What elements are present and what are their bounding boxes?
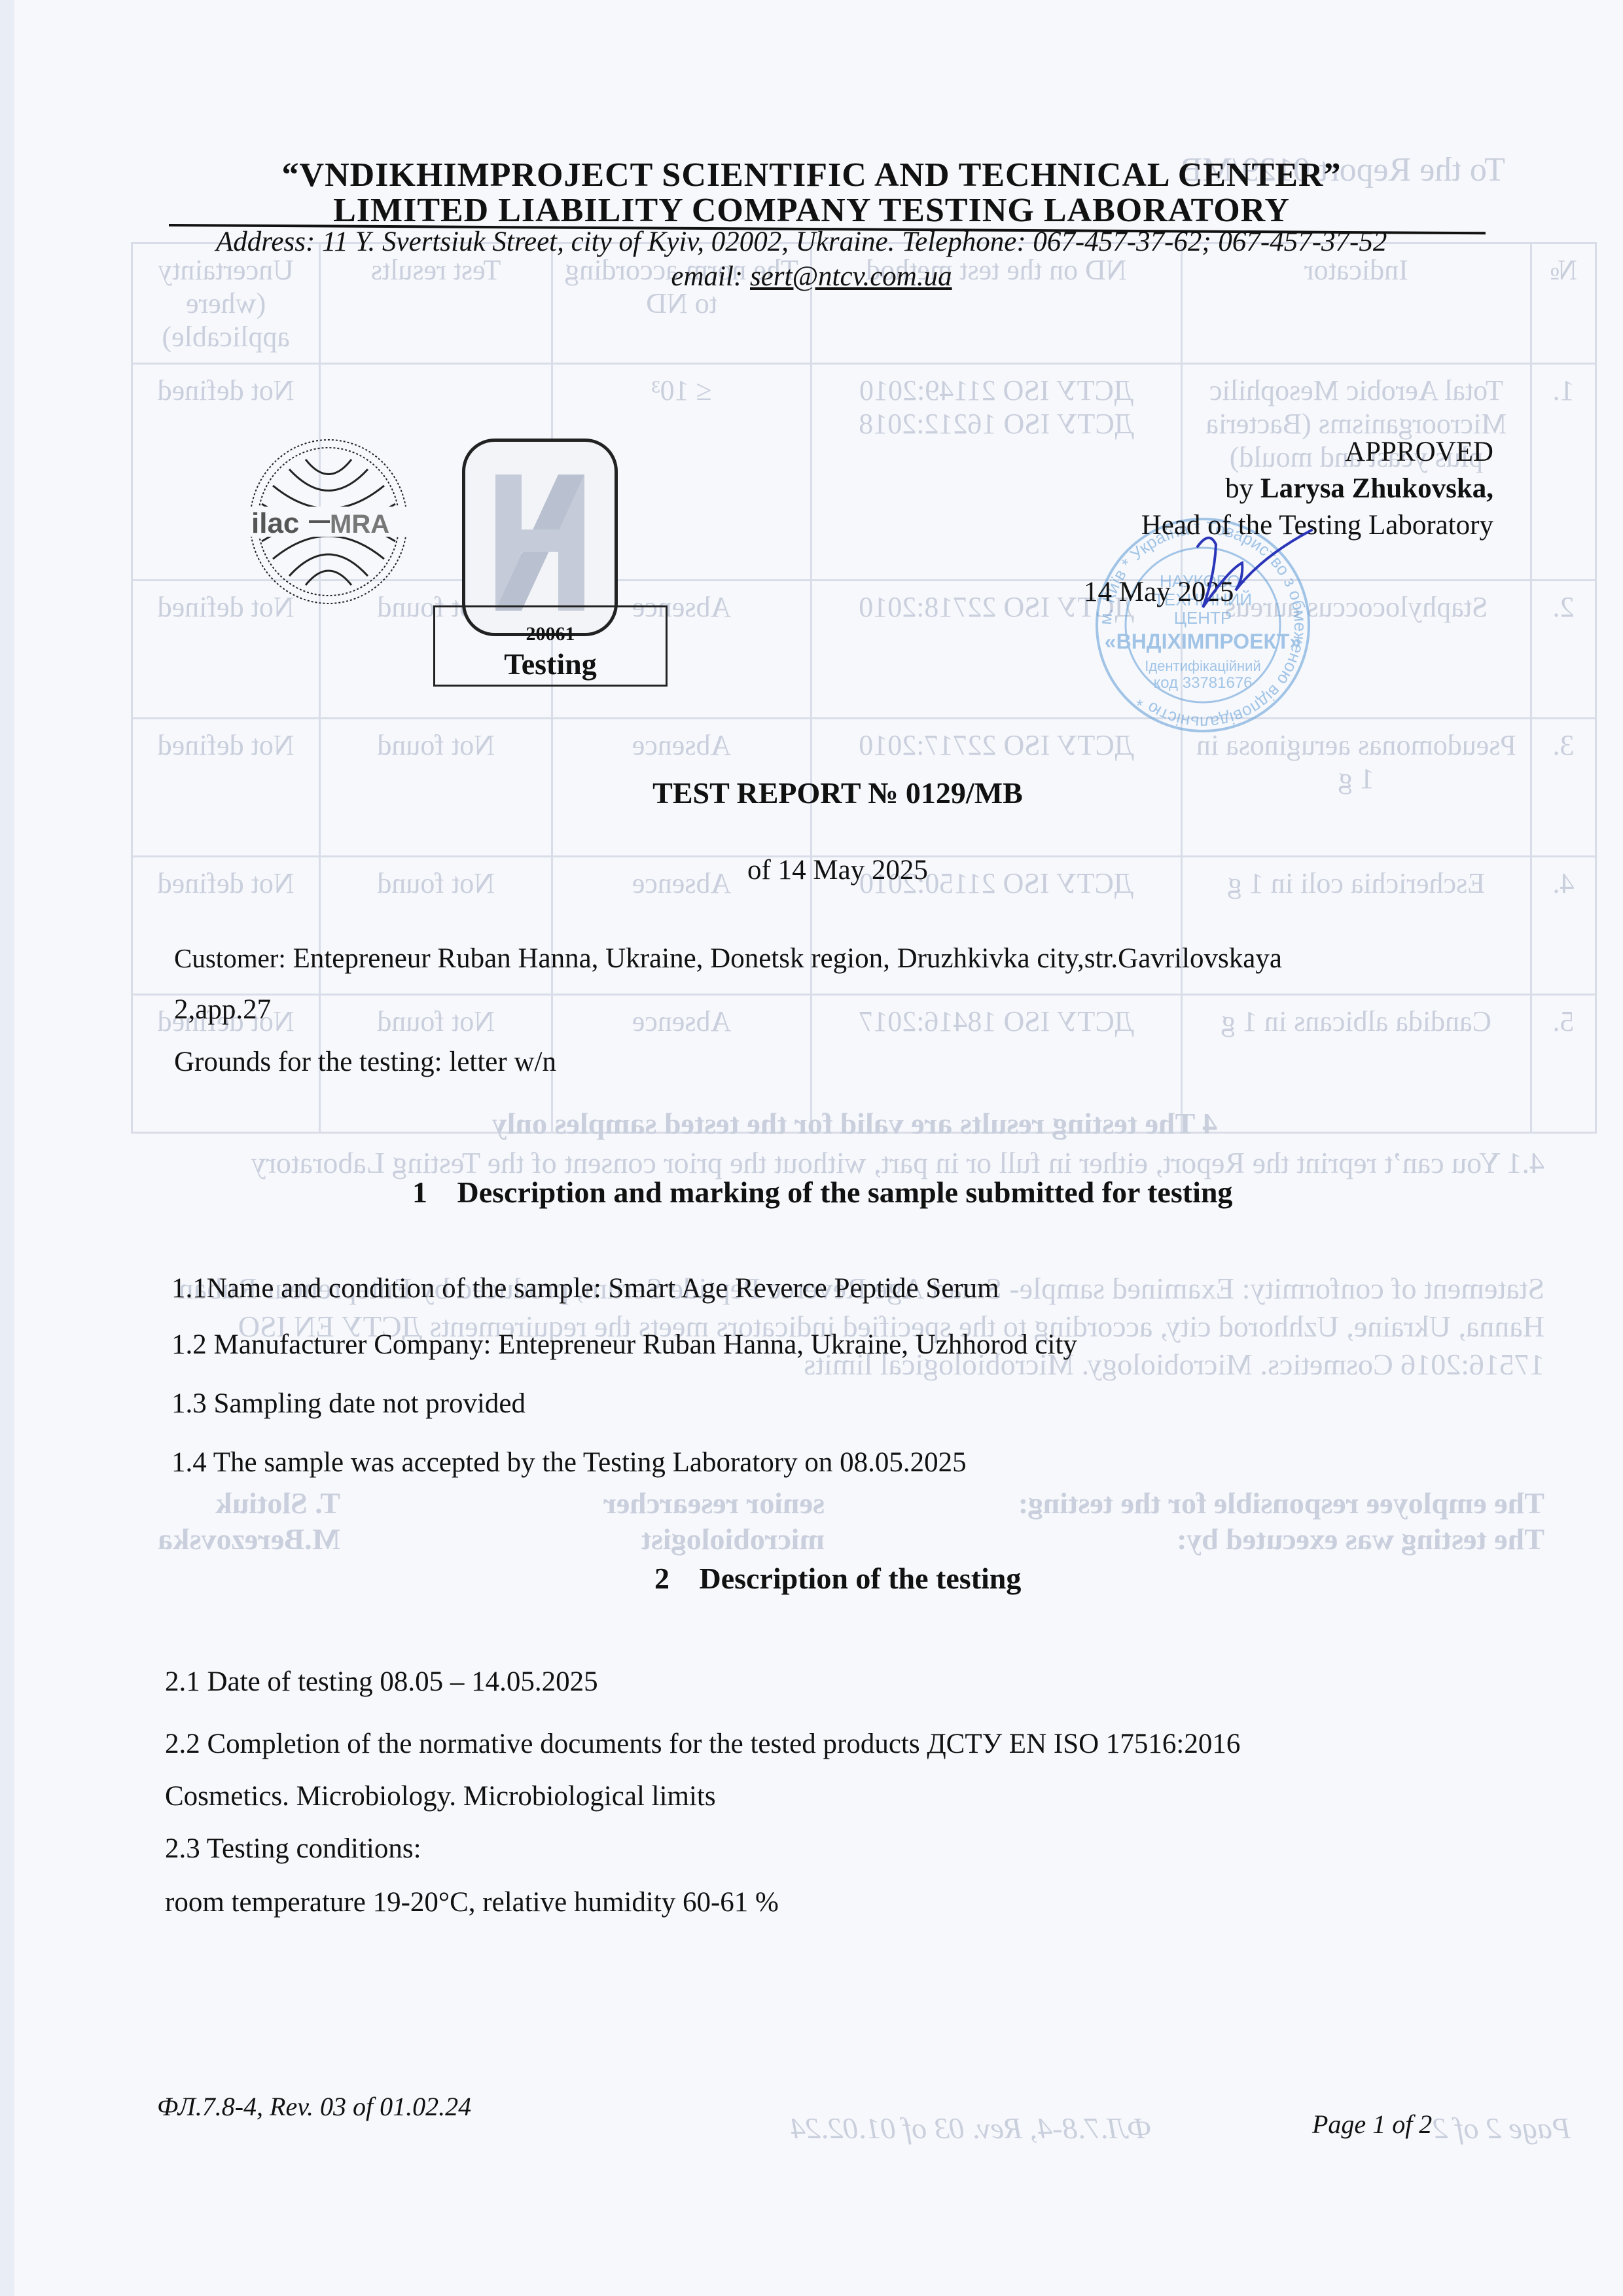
org-address: Address: 11 Y. Svertsiuk Street, city of… bbox=[216, 226, 1387, 258]
footer-form-code: ФЛ.7.8-4, Rev. 03 of 01.02.24 bbox=[157, 2091, 471, 2122]
show-through-exec-role: microbiologist bbox=[641, 1522, 825, 1556]
section2-title: Description of the testing bbox=[700, 1562, 1022, 1595]
show-through-footer-form: ФЛ.7.8-4, Rev. 03 of 01.02.24 bbox=[791, 2111, 1152, 2145]
approved-label: APPROVED bbox=[1141, 434, 1493, 471]
approver-prefix: by bbox=[1225, 473, 1253, 504]
section2-heading: 2 Description of the testing bbox=[654, 1561, 1021, 1596]
na-monogram-icon bbox=[481, 456, 599, 619]
show-through-resp-name: T. Slotiuk bbox=[215, 1486, 340, 1520]
show-through-cell: 2. bbox=[1531, 581, 1596, 719]
section2-conditions: room temperature 19-20°C, relative humid… bbox=[165, 1886, 779, 1918]
section2-number: 2 bbox=[654, 1562, 669, 1595]
svg-text:Ідентифікаційний: Ідентифікаційний bbox=[1145, 658, 1261, 674]
show-through-cell: ДСТУ ISO 18416:2017 bbox=[811, 995, 1182, 1133]
svg-text:ilac: ilac bbox=[251, 507, 299, 539]
report-title: TEST REPORT № 0129/MB bbox=[0, 776, 1623, 810]
section1-title: Description and marking of the sample su… bbox=[457, 1175, 1233, 1209]
svg-text:код 33781676: код 33781676 bbox=[1153, 674, 1252, 692]
document-page: To the Report 0129/MB № Indicator ND on … bbox=[0, 0, 1623, 2296]
section1-item: 1.2 Manufacturer Company: Entepreneur Ru… bbox=[171, 1329, 1077, 1361]
approver-line: by Larysa Zhukovska, bbox=[1141, 471, 1493, 507]
customer-value-cont: 2,app.27 bbox=[174, 994, 271, 1026]
section2-item: Cosmetics. Microbiology. Microbiological… bbox=[165, 1780, 716, 1812]
show-through-note-title: 4 The testing results are valid for the … bbox=[492, 1106, 1217, 1141]
show-through-cell: Absence bbox=[552, 995, 811, 1133]
customer-line: Customer: Entepreneur Ruban Hanna, Ukrai… bbox=[174, 942, 1282, 975]
show-through-layer: To the Report 0129/MB № Indicator ND on … bbox=[0, 0, 1623, 2296]
svg-text:«ВНДІХІМПРОЕКТ»: «ВНДІХІМПРОЕКТ» bbox=[1105, 630, 1301, 653]
show-through-responsible: The employee responsible for the testing… bbox=[1018, 1486, 1544, 1520]
section1-number: 1 bbox=[412, 1175, 427, 1209]
email-label: email: bbox=[671, 261, 743, 292]
section2-item: 2.2 Completion of the normative document… bbox=[165, 1728, 1240, 1760]
org-name-line1: “VNDIKHIMPROJECT SCIENTIFIC AND TECHNICA… bbox=[0, 156, 1623, 194]
section1-heading: 1 Description and marking of the sample … bbox=[412, 1175, 1232, 1210]
show-through-footer-page: Page 2 of 2 bbox=[1433, 2111, 1571, 2145]
section2-item: 2.3 Testing conditions: bbox=[165, 1833, 421, 1865]
show-through-cell: 1. bbox=[1531, 364, 1596, 581]
show-through-resp-role: senior researcher bbox=[603, 1486, 825, 1520]
signature-icon bbox=[1183, 517, 1314, 615]
show-through-table: № Indicator ND on the test method The no… bbox=[131, 242, 1597, 1134]
show-through-cell: 5. bbox=[1531, 995, 1596, 1133]
customer-value: Entepreneur Ruban Hanna, Ukraine, Donets… bbox=[293, 943, 1282, 974]
ilac-mra-icon: ilac MRA bbox=[243, 433, 414, 610]
footer-page-number: Page 1 of 2 bbox=[1312, 2109, 1432, 2140]
section1-item: 1.3 Sampling date not provided bbox=[171, 1388, 526, 1420]
grounds-for-testing: Grounds for the testing: letter w/n bbox=[174, 1046, 556, 1078]
customer-label: Customer: bbox=[174, 943, 286, 973]
accreditation-number: 20061 bbox=[435, 623, 666, 645]
org-email-line: email: sert@ntcv.com.ua bbox=[0, 260, 1623, 293]
email-link[interactable]: sert@ntcv.com.ua bbox=[750, 261, 952, 292]
show-through-executed: The testing was executed by: bbox=[1177, 1522, 1544, 1556]
section1-item: 1.4 The sample was accepted by the Testi… bbox=[171, 1446, 967, 1479]
svg-text:MRA: MRA bbox=[330, 510, 389, 539]
scan-edge bbox=[0, 0, 14, 2296]
section1-item: 1.1Name and condition of the sample: Sma… bbox=[171, 1272, 999, 1304]
approver-name: Larysa Zhukovska, bbox=[1260, 473, 1493, 504]
show-through-exec-name: M.Berezovska bbox=[158, 1522, 340, 1556]
report-date: of 14 May 2025 bbox=[0, 854, 1623, 886]
show-through-cell: Candida albicans in 1 g bbox=[1181, 995, 1531, 1133]
accreditation-box: 20061 Testing bbox=[433, 605, 668, 687]
section2-item: 2.1 Date of testing 08.05 – 14.05.2025 bbox=[165, 1666, 598, 1698]
accreditation-label: Testing bbox=[435, 647, 666, 681]
ilac-mra-logo: ilac MRA bbox=[243, 433, 414, 610]
